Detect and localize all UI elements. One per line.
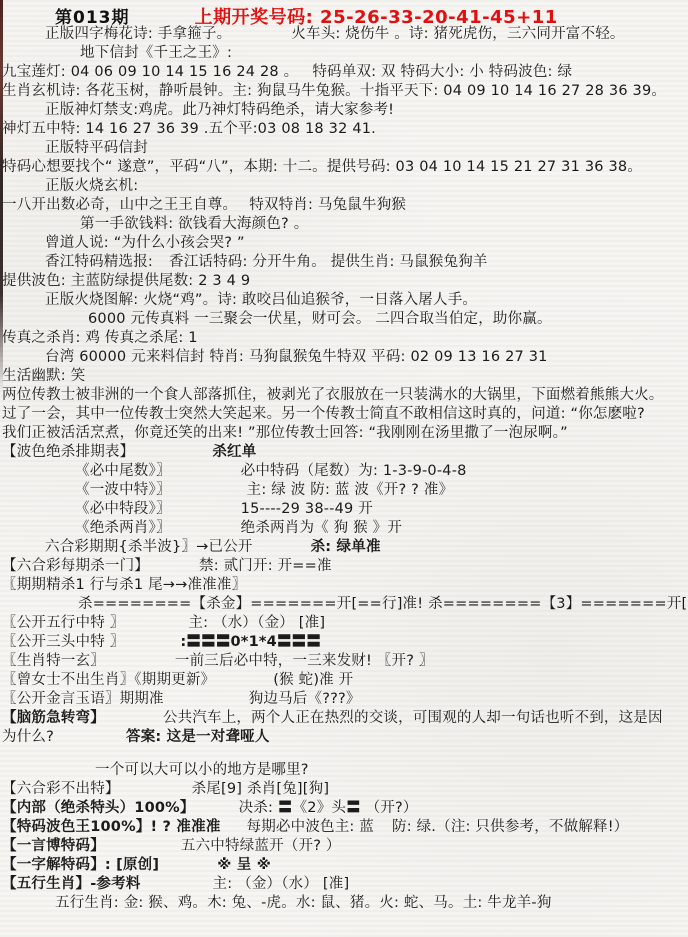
text-line: 【六合彩每期杀一门】禁: 贰门开: 开==准 xyxy=(0,557,688,576)
text-segment: 特码单双: 双 特码大小: 小 特码波色: 绿 xyxy=(312,63,572,82)
text-segment: (猴 蛇)准 开 xyxy=(273,671,353,690)
text-line: 曾道人说: “为什么小孩会哭? ” xyxy=(0,234,688,253)
text-segment: 正版特平码信封 xyxy=(45,139,148,158)
text-line: 第一手欲钱料: 欲钱看大海颜色? 。 xyxy=(0,215,688,234)
text-line: 我们正被活活烹煮，你竟还笑的出来! ”那位传教士回答: “我刚刚在汤里撒了一泡尿… xyxy=(0,424,688,443)
text-line: 一个可以大可以小的地方是哪里? xyxy=(0,761,688,780)
text-line: 《一波中特》〗主: 绿 波 防: 蓝 波《开? ? 准》 xyxy=(0,481,688,500)
text-segment: 杀: 绿单准 xyxy=(311,538,381,557)
text-line: 杀========【杀金】=======开[==行]准! 杀========【3… xyxy=(0,595,688,614)
text-segment: 提供波色: 主蓝防绿提供尾数: 2 3 4 9 xyxy=(2,272,250,291)
text-line: 香江特码精选报:香江话特码: 分开牛角。 提供生肖: 马鼠猴兔狗羊 xyxy=(0,253,688,272)
text-segment: 一个可以大可以小的地方是哪里? xyxy=(95,761,309,780)
text-segment: 正版四字梅花诗: 手拿箍子。 xyxy=(45,25,231,44)
text-segment: 杀红单 xyxy=(212,443,256,462)
text-segment: 火车头: 烧伤牛 。诗: 猪死虎伤，三六同开富不轻。 xyxy=(291,25,624,44)
text-segment: 生活幽默: 笑 xyxy=(2,367,85,386)
text-segment: 〖公开三头中特 〗 xyxy=(2,633,124,652)
text-segment: 特双特肖: 马兔鼠牛狗猴 xyxy=(249,196,406,215)
text-segment: 〖期期精杀1 行与杀1 尾→→准准准〗 xyxy=(2,576,246,595)
text-segment: 【六合彩不出特】 xyxy=(2,780,120,799)
text-segment: 【特码波色王100%】! ? 准准准 xyxy=(2,818,221,837)
text-line: 传真之杀肖: 鸡 传真之杀尾: 1 xyxy=(0,329,688,348)
text-segment: 答案: 这是一对聋哑人 xyxy=(126,728,270,747)
text-segment: 狗边马后《???》 xyxy=(249,690,361,709)
text-line: 正版火烧图解: 火烧“鸡”。诗: 敢咬吕仙追猴爷，一日落入屠人手。 xyxy=(0,291,688,310)
text-segment: 一前三后必中特，一三来发财! 〖开? 〗 xyxy=(175,652,434,671)
text-segment: 传真之杀肖: 鸡 传真之杀尾: 1 xyxy=(2,329,198,348)
text-segment: 主: 绿 波 防: 蓝 波《开? ? 准》 xyxy=(247,481,454,500)
text-line: 生活幽默: 笑 xyxy=(0,367,688,386)
text-line: 神灯五中特: 14 16 27 36 39 .五个平:03 08 18 32 4… xyxy=(0,120,688,139)
text-line: 五行生肖: 金: 猴、鸡。木: 兔、-虎。水: 鼠、猪。火: 蛇、马。土: 牛龙… xyxy=(0,894,688,913)
text-segment: 地下信封《千王之王》: xyxy=(80,44,232,63)
text-segment: 香江话特码: 分开牛角。 提供生肖: 马鼠猴兔狗羊 xyxy=(169,253,488,272)
text-segment: ※ 呈 ※ xyxy=(217,856,271,875)
text-segment: 第一手欲钱料: 欲钱看大海颜色? 。 xyxy=(80,215,308,234)
text-segment: 正版火烧玄机: xyxy=(45,177,138,196)
text-segment: 〖公开金言玉语〗期期准 xyxy=(2,690,164,709)
text-segment: 生肖玄机诗: 各花玉树，静听晨钟。主: 狗鼠马牛兔猴。十指平天下: 04 09 … xyxy=(2,82,666,101)
text-line: 6000 元传真料 一三聚会一伏星，财可会。 二四合取当伯定，助你赢。 xyxy=(0,310,688,329)
text-segment: 〖公开五行中特 〗 xyxy=(2,614,124,633)
text-line: 过了一会，其中一位传教士突然大笑起来。另一个传教士简直不敢相信这时真的，问道: … xyxy=(0,405,688,424)
header-row: 第013期 上期开奖号码: 25-26-33-20-41-45+11 xyxy=(0,0,688,23)
text-line: 正版火烧玄机: xyxy=(0,177,688,196)
text-segment: 六合彩期期{杀半波}〗→已公开 xyxy=(45,538,253,557)
text-segment: 【六合彩每期杀一门】 xyxy=(2,557,149,576)
text-segment: 神灯五中特: 14 16 27 36 39 .五个平:03 08 18 32 4… xyxy=(2,120,376,139)
text-segment: 【一字解特码】: [原创] xyxy=(2,856,159,875)
text-segment: 【五行生肖】-参考料 xyxy=(2,875,141,894)
text-line: 特码心想要找个“ 遂意”，平码“八”，本期: 十二。提供号码: 03 04 10… xyxy=(0,158,688,177)
text-line: 正版神灯禁支:鸡虎。此乃神灯特码绝杀，请大家参考! xyxy=(0,101,688,120)
text-segment: 杀尾[9] 杀肖[兔][狗] xyxy=(192,780,330,799)
text-line: 《绝杀两肖》〗绝杀两肖为《 狗 猴 》开 xyxy=(0,519,688,538)
lottery-tip-sheet-page: 第013期 上期开奖号码: 25-26-33-20-41-45+11 正版四字梅… xyxy=(0,0,688,937)
text-line: 两位传教士被非洲的一个食人部落抓住，被剥光了衣服放在一只装满水的大锅里，下面燃着… xyxy=(0,386,688,405)
text-segment: 我们正被活活烹煮，你竟还笑的出来! ”那位传教士回答: “我刚刚在汤里撒了一泡尿… xyxy=(2,424,568,443)
text-line: 生肖玄机诗: 各花玉树，静听晨钟。主: 狗鼠马牛兔猴。十指平天下: 04 09 … xyxy=(0,82,688,101)
text-segment: 五行生肖: 金: 猴、鸡。木: 兔、-虎。水: 鼠、猪。火: 蛇、马。土: 牛龙… xyxy=(55,894,552,913)
text-line: 【特码波色王100%】! ? 准准准每期必中波色主: 蓝防: 绿.（注: 只供参… xyxy=(0,818,688,837)
text-segment: 正版火烧图解: 火烧“鸡”。诗: 敢咬吕仙追猴爷，一日落入屠人手。 xyxy=(45,291,477,310)
text-segment: 主: （金）（水） [准] xyxy=(213,875,350,894)
text-segment: 九宝莲灯: 04 06 09 10 14 15 16 24 28 。 xyxy=(2,63,298,82)
text-segment: 过了一会，其中一位传教士突然大笑起来。另一个传教士简直不敢相信这时真的，问道: … xyxy=(2,405,645,424)
text-segment: 【脑筋急转弯】 xyxy=(2,709,105,728)
text-segment: 香江特码精选报: xyxy=(45,253,153,272)
text-line: 〖期期精杀1 行与杀1 尾→→准准准〗 xyxy=(0,576,688,595)
text-segment: 《必中特段》〗 xyxy=(75,500,171,519)
text-line: 为什么?答案: 这是一对聋哑人 xyxy=(0,728,688,747)
text-line: 九宝莲灯: 04 06 09 10 14 15 16 24 28 。特码单双: … xyxy=(0,63,688,82)
text-line: 提供波色: 主蓝防绿提供尾数: 2 3 4 9 xyxy=(0,272,688,291)
text-segment: :〓〓〓0*1*4〓〓〓 xyxy=(180,633,321,652)
text-line: 【五行生肖】-参考料主: （金）（水） [准] xyxy=(0,875,688,894)
text-segment: 〖曾女士不出生肖〗《期期更新》 xyxy=(2,671,215,690)
text-segment: 两位传教士被非洲的一个食人部落抓住，被剥光了衣服放在一只装满水的大锅里，下面燃着… xyxy=(2,386,664,405)
text-segment: 【内部（绝杀特头）100%】 xyxy=(2,799,195,818)
text-line: 【一言博特码】五六中特绿蓝开（开? ） xyxy=(0,837,688,856)
text-segment: 防: 绿.（注: 只供参考，不做解释!） xyxy=(392,818,628,837)
text-segment: 台湾 60000 元来料信封 特肖: 马狗鼠猴兔牛特双 平码: 02 09 13… xyxy=(45,348,548,367)
text-segment: 曾道人说: “为什么小孩会哭? ” xyxy=(45,234,245,253)
text-segment: 公共汽车上，两个人正在热烈的交谈，可围观的人却一句话也听不到，这是因 xyxy=(163,709,663,728)
text-segment: 《必中尾数》〗 xyxy=(75,462,171,481)
text-line: 【六合彩不出特】杀尾[9] 杀肖[兔][狗] xyxy=(0,780,688,799)
text-line: 《必中特段》〗15----29 38--49 开 xyxy=(0,500,688,519)
text-segment: 为什么? xyxy=(2,728,54,747)
text-line: 〖公开金言玉语〗期期准狗边马后《???》 xyxy=(0,690,688,709)
text-segment: 15----29 38--49 开 xyxy=(241,500,373,519)
text-segment: 绝杀两肖为《 狗 猴 》开 xyxy=(241,519,402,538)
text-line: 《必中尾数》〗必中特码（尾数）为: 1-3-9-0-4-8 xyxy=(0,462,688,481)
text-line: 六合彩期期{杀半波}〗→已公开杀: 绿单准 xyxy=(0,538,688,557)
text-segment: 决杀: 〓《2》头〓 （开?） xyxy=(239,799,418,818)
text-segment: 一八开出数必奇，山中之王王自尊。 xyxy=(2,196,237,215)
text-segment: 特码心想要找个“ 遂意”，平码“八”，本期: 十二。提供号码: 03 04 10… xyxy=(2,158,642,177)
text-segment: 主: （水）（金） [准] xyxy=(188,614,325,633)
document-body: 正版四字梅花诗: 手拿箍子。火车头: 烧伤牛 。诗: 猪死虎伤，三六同开富不轻。… xyxy=(0,23,688,913)
text-segment: 正版神灯禁支:鸡虎。此乃神灯特码绝杀，请大家参考! xyxy=(45,101,394,120)
text-line: 【波色绝杀排期表】杀红单 xyxy=(0,443,688,462)
text-segment: 《绝杀两肖》〗 xyxy=(75,519,171,538)
text-segment: 【一言博特码】 xyxy=(2,837,105,856)
text-segment: 〖生肖特一玄〗 xyxy=(2,652,105,671)
text-line: 【一字解特码】: [原创]※ 呈 ※ xyxy=(0,856,688,875)
text-line: 台湾 60000 元来料信封 特肖: 马狗鼠猴兔牛特双 平码: 02 09 13… xyxy=(0,348,688,367)
text-segment: 五六中特绿蓝开（开? ） xyxy=(181,837,341,856)
text-segment: 杀========【杀金】=======开[==行]准! 杀========【3… xyxy=(78,595,688,614)
text-segment: 每期必中波色主: 蓝 xyxy=(247,818,375,837)
text-line: 〖生肖特一玄〗一前三后必中特，一三来发财! 〖开? 〗 xyxy=(0,652,688,671)
text-line: 〖公开三头中特 〗:〓〓〓0*1*4〓〓〓 xyxy=(0,633,688,652)
text-segment: 必中特码（尾数）为: 1-3-9-0-4-8 xyxy=(241,462,467,481)
text-line: 一八开出数必奇，山中之王王自尊。特双特肖: 马兔鼠牛狗猴 xyxy=(0,196,688,215)
text-line: 正版特平码信封 xyxy=(0,139,688,158)
text-line: 〖曾女士不出生肖〗《期期更新》(猴 蛇)准 开 xyxy=(0,671,688,690)
text-segment: 《一波中特》〗 xyxy=(75,481,171,500)
text-segment: 禁: 贰门开: 开==准 xyxy=(199,557,332,576)
text-line: 【脑筋急转弯】公共汽车上，两个人正在热烈的交谈，可围观的人却一句话也听不到，这是… xyxy=(0,709,688,728)
text-line: 正版四字梅花诗: 手拿箍子。火车头: 烧伤牛 。诗: 猪死虎伤，三六同开富不轻。 xyxy=(0,25,688,44)
text-line: 【内部（绝杀特头）100%】决杀: 〓《2》头〓 （开?） xyxy=(0,799,688,818)
text-segment: 6000 元传真料 一三聚会一伏星，财可会。 二四合取当伯定，助你赢。 xyxy=(88,310,552,329)
text-line: 地下信封《千王之王》: xyxy=(0,44,688,63)
text-segment: 【波色绝杀排期表】 xyxy=(2,443,134,462)
text-line: 〖公开五行中特 〗主: （水）（金） [准] xyxy=(0,614,688,633)
